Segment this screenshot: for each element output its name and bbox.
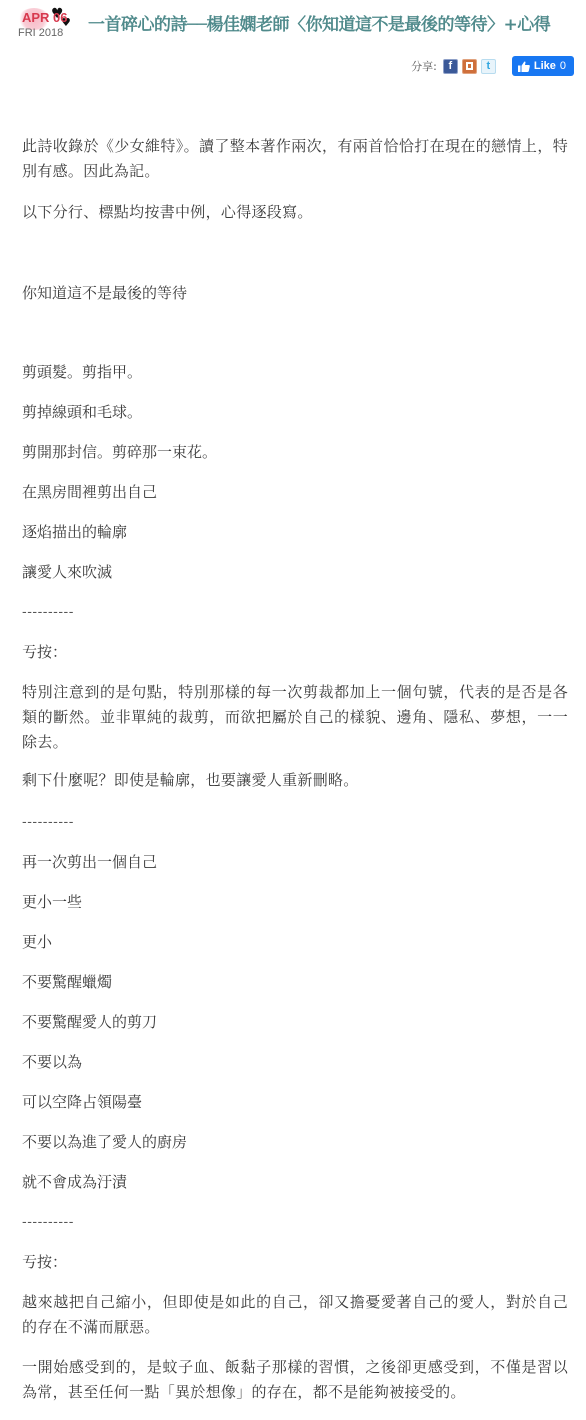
- share-label: 分享:: [411, 58, 437, 74]
- note-paragraph: 越來越把自己縮小，但即使是如此的自己，卻又擔憂愛著自己的愛人，對於自己的存在不滿…: [22, 1290, 568, 1340]
- twitter-share-icon[interactable]: t: [481, 59, 496, 74]
- poem-line: 就不會成為汙漬: [22, 1170, 127, 1195]
- facebook-share-icon[interactable]: f: [443, 59, 458, 74]
- plurk-share-icon[interactable]: [462, 59, 477, 74]
- post-title[interactable]: 一首碎心的詩──楊佳嫻老師〈你知道這不是最後的等待〉+心得: [88, 14, 550, 36]
- twitter-glyph: t: [487, 59, 491, 74]
- note-paragraph: 一開始感受到的，是蚊子血、飯黏子那樣的習慣，之後卻更感受到，不僅是習以為常，甚至…: [22, 1355, 568, 1405]
- plurk-glyph: [466, 62, 473, 70]
- poem-line: 剪頭髮。剪指甲。: [22, 360, 142, 385]
- intro-paragraph: 以下分行、標點均按書中例，心得逐段寫。: [22, 200, 568, 225]
- poem-line: 不要以為: [22, 1050, 82, 1075]
- note-paragraph: 特別注意到的是句點，特別那樣的每一次剪裁都加上一個句號，代表的是否是各類的斷然。…: [22, 680, 568, 755]
- poem-line: 不要驚醒蠟燭: [22, 970, 112, 995]
- note-label: 亐按：: [22, 1250, 67, 1275]
- poem-line: 可以空降占領陽臺: [22, 1090, 142, 1115]
- section-divider: ----------: [22, 1210, 74, 1235]
- poem-line: 不要以為進了愛人的廚房: [22, 1130, 187, 1155]
- facebook-glyph: f: [449, 59, 453, 74]
- poem-line: 更小: [22, 930, 52, 955]
- note-label: 亐按：: [22, 640, 67, 665]
- facebook-like-button[interactable]: Like 0: [512, 56, 574, 76]
- like-count: 0: [560, 60, 566, 72]
- poem-line: 剪開那封信。剪碎那一束花。: [22, 440, 217, 465]
- section-divider: ----------: [22, 600, 74, 625]
- poem-line: 讓愛人來吹滅: [22, 560, 112, 585]
- like-label: Like: [534, 60, 556, 72]
- poem-line: 逐焰描出的輪廓: [22, 520, 127, 545]
- date-month-day: APR 06: [22, 11, 68, 25]
- intro-paragraph: 此詩收錄於《少女維特》。讀了整本著作兩次，有兩首恰恰打在現在的戀情上，特別有感。…: [22, 134, 568, 184]
- thumbs-up-icon: [518, 61, 530, 72]
- poem-line: 剪掉線頭和毛球。: [22, 400, 142, 425]
- post-header: ♥ ♥ APR 06 FRI 2018 一首碎心的詩──楊佳嫻老師〈你知道這不是…: [0, 0, 586, 50]
- section-divider: ----------: [22, 810, 74, 835]
- poem-line: 在黑房間裡剪出自己: [22, 480, 157, 505]
- poem-title: 你知道這不是最後的等待: [22, 281, 187, 306]
- date-weekday-year: FRI 2018: [18, 27, 63, 39]
- note-paragraph: 剩下什麼呢？即使是輪廓，也要讓愛人重新刪略。: [22, 768, 568, 793]
- poem-line: 不要驚醒愛人的剪刀: [22, 1010, 157, 1035]
- date-badge: ♥ ♥ APR 06 FRI 2018: [16, 6, 78, 42]
- poem-line: 再一次剪出一個自己: [22, 850, 157, 875]
- poem-line: 更小一些: [22, 890, 82, 915]
- share-bar: 分享: f t Like 0: [411, 56, 574, 76]
